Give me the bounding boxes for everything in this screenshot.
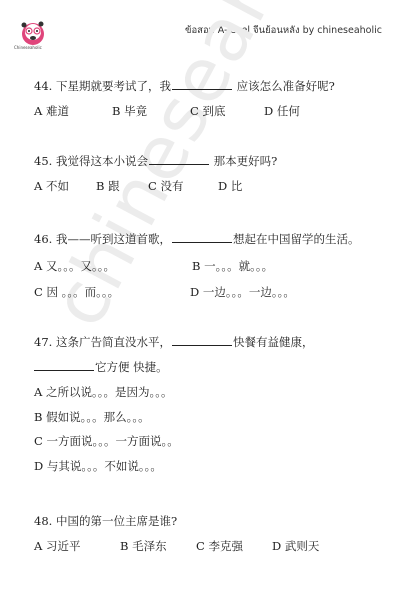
option-a[interactable]: A 之所以说。。。是因为。。。: [34, 384, 172, 400]
answer-blank: [172, 335, 232, 346]
question-text: 这条广告简直没水平，: [56, 335, 171, 349]
answer-blank: [34, 360, 94, 371]
option-d[interactable]: D 与其说。。。不如说。。。: [34, 458, 162, 474]
header-title: ข้อสอบ A-level จีนย้อนหลัง by chineseaho…: [185, 23, 382, 38]
question-number: 44.: [34, 79, 52, 93]
option-c[interactable]: C 因 。。。而。。。: [34, 284, 119, 300]
question-text: 应该怎么准备好呢?: [233, 79, 335, 93]
option-a[interactable]: A 习近平: [34, 538, 80, 554]
option-b[interactable]: B 假如说。。。那么。。。: [34, 409, 150, 425]
option-c[interactable]: C 李克强: [196, 538, 243, 554]
option-d[interactable]: D 武则天: [272, 538, 319, 554]
option-b[interactable]: B 毕竟: [112, 103, 147, 119]
option-a[interactable]: A 难道: [34, 103, 69, 119]
option-a[interactable]: A 又。。。又。。。: [34, 258, 115, 274]
question-44: 44. 下星期就要考试了，我 应该怎么准备好呢?: [34, 78, 335, 94]
answer-blank: [172, 232, 232, 243]
option-b[interactable]: B 毛泽东: [120, 538, 167, 554]
answer-blank: [172, 79, 232, 90]
question-text: 那本更好吗?: [210, 154, 277, 168]
question-text: 中国的第一位主席是谁?: [56, 514, 177, 528]
question-number: 46.: [34, 232, 52, 246]
answer-blank: [149, 154, 209, 165]
option-d[interactable]: D 任何: [264, 103, 300, 119]
question-text: 我觉得这本小说会: [56, 154, 148, 168]
option-b[interactable]: B 跟: [96, 178, 120, 194]
option-d[interactable]: D 一边。。。一边。。。: [190, 284, 295, 300]
question-48: 48. 中国的第一位主席是谁?: [34, 513, 177, 529]
option-b[interactable]: B 一。。。就。。。: [192, 258, 273, 274]
question-number: 48.: [34, 514, 52, 528]
question-text: 我——听到这道首歌，: [56, 232, 171, 246]
option-d[interactable]: D 比: [218, 178, 242, 194]
option-c[interactable]: C 没有: [148, 178, 183, 194]
question-text: 想起在中国留学的生活。: [233, 232, 360, 246]
option-c[interactable]: C 到底: [190, 103, 225, 119]
option-a[interactable]: A 不如: [34, 178, 69, 194]
question-47: 47. 这条广告简直没水平，快餐有益健康，: [34, 334, 313, 350]
question-46: 46. 我——听到这道首歌，想起在中国留学的生活。: [34, 231, 359, 247]
question-number: 47.: [34, 335, 52, 349]
question-text: 快餐有益健康，: [233, 335, 314, 349]
question-45: 45. 我觉得这本小说会 那本更好吗?: [34, 153, 277, 169]
question-number: 45.: [34, 154, 52, 168]
logo-caption: Chineseaholic: [14, 45, 42, 50]
option-c[interactable]: C 一方面说。。。一方面说。。: [34, 433, 179, 449]
question-47-line-2: 它方便 快捷。: [34, 359, 168, 375]
page-header: Chineseaholic ข้อสอบ A-level จีนย้อนหลัง…: [0, 0, 415, 60]
question-text: 下星期就要考试了，我: [56, 79, 171, 93]
question-text: 它方便 快捷。: [95, 360, 168, 374]
